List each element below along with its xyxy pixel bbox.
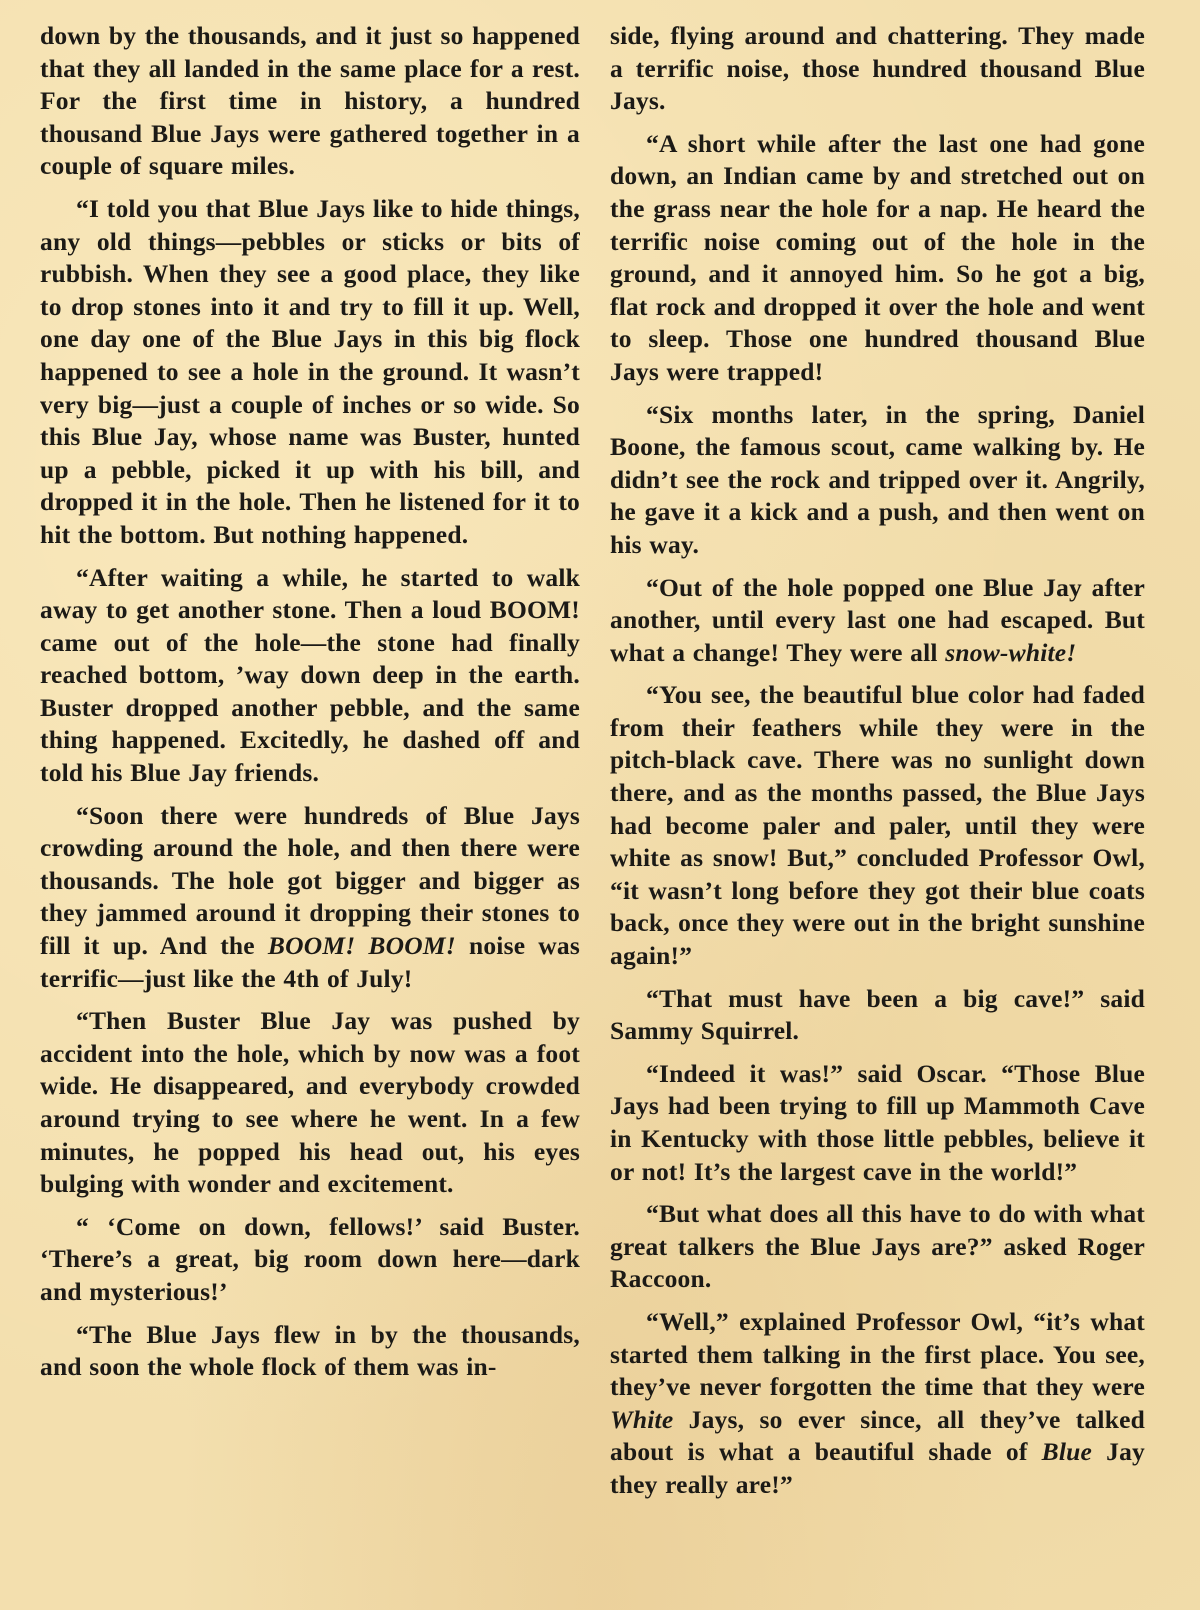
paragraph: “After waiting a while, he started to wa… (40, 562, 580, 790)
paragraph: “Well,” explained Professor Owl, “it’s w… (610, 1306, 1145, 1502)
paragraph: “Then Buster Blue Jay was pushed by acci… (40, 1005, 580, 1201)
paragraph: “Soon there were hundreds of Blue Jays c… (40, 800, 580, 996)
paragraph: “Indeed it was!” said Oscar. “Those Blue… (610, 1058, 1145, 1188)
paragraph: “Six months later, in the spring, Daniel… (610, 399, 1145, 562)
paragraph: “I told you that Blue Jays like to hide … (40, 193, 580, 552)
paragraph: down by the thousands, and it just so ha… (40, 20, 580, 183)
left-column: down by the thousands, and it just so ha… (40, 20, 580, 1394)
paragraph: “The Blue Jays flew in by the thousands,… (40, 1319, 580, 1384)
paragraph: side, flying around and chattering. They… (610, 20, 1145, 118)
paragraph: “Out of the hole popped one Blue Jay aft… (610, 572, 1145, 670)
story-page: down by the thousands, and it just so ha… (0, 0, 1200, 1610)
emphasis-text: snow-white! (945, 638, 1076, 667)
emphasis-text: BOOM! BOOM! (268, 931, 456, 960)
emphasis-text: White (610, 1405, 673, 1434)
paragraph: “You see, the beautiful blue color had f… (610, 679, 1145, 972)
paragraph: “A short while after the last one had go… (610, 128, 1145, 389)
paragraph: “That must have been a big cave!” said S… (610, 983, 1145, 1048)
emphasis-text: Blue (1042, 1437, 1092, 1466)
right-column: side, flying around and chattering. They… (610, 20, 1145, 1512)
paragraph: “ ‘Come on down, fellows!’ said Buster. … (40, 1211, 580, 1309)
text-segment: “Well,” explained Professor Owl, “it’s w… (610, 1307, 1145, 1401)
paragraph: “But what does all this have to do with … (610, 1198, 1145, 1296)
